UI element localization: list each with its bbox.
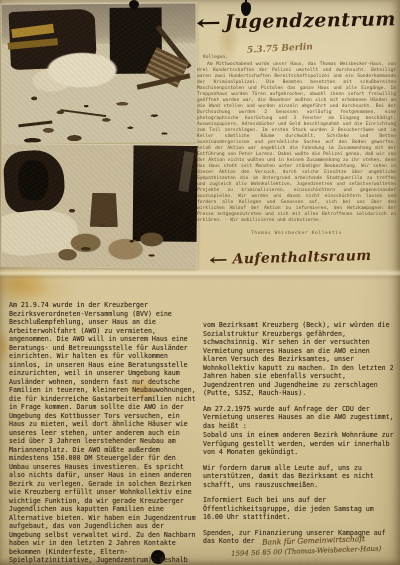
right-paragraph-kuendigung: Sobald uns in einem anderen Bezirk Wohnr… — [203, 431, 397, 457]
intro-signature: Thomas Weisbecker Kollektiv — [197, 231, 396, 237]
right-paragraph-info: Informiert Euch bei uns auf der Öffentli… — [203, 496, 397, 522]
photo-wood-slat-shape — [8, 38, 58, 50]
photo-stick-shape — [18, 121, 52, 128]
photo-overturned-chair-shape — [130, 32, 197, 109]
photo-floor-debris-shape — [1, 184, 197, 268]
heading-jugendzentrum-label: Jugendzentrum — [225, 8, 397, 33]
photo-mattress-shape — [1, 206, 80, 259]
right-paragraph-bezirksamt: vom Bezirksamt Kreuzberg (Beck), wir wür… — [203, 321, 397, 398]
hole-punch-dot-top — [129, 0, 139, 9]
heading-aufenthaltsraum-label: Aufenthaltsraum — [232, 248, 371, 268]
handwritten-account-number: 1594 56 85 00 (Thomas-Weisbecker-Haus) — [231, 544, 397, 558]
photo-debris-mound-shape — [32, 46, 132, 97]
photo-chair-seat-shape — [145, 47, 190, 88]
photo-stool-shape — [90, 193, 118, 227]
photo-stick-shape — [60, 109, 106, 117]
left-column: Am 21.9.74 wurde in der Kreuzberger Bezi… — [9, 301, 199, 565]
photo-panel-highlight-shape — [178, 151, 194, 192]
photo-wood-slat-shape — [11, 24, 54, 38]
flyer-page: ← Jugendzentrum 5.3.75 Berlin ← Aufentha… — [0, 0, 400, 565]
photo-debris-heap-shape — [55, 223, 165, 266]
donation-note: Spenden, zur Finanzierung unserer Kampag… — [203, 529, 397, 556]
ransacked-room-photo-top — [2, 3, 197, 142]
handwritten-date-note: 5.3.75 Berlin — [247, 42, 313, 55]
photo-dark-panel-shape — [133, 145, 198, 242]
photo-broken-chair-shape — [2, 149, 66, 215]
photo-chair-leg-shape — [155, 25, 191, 69]
arrow-left-icon: ← — [209, 251, 228, 269]
heading-aufenthaltsraum: ← Aufenthaltsraum — [212, 247, 372, 269]
right-paragraph-aufruf: Wir fordern darum alle Leute auf, uns zu… — [203, 464, 397, 490]
ransacked-room-photo-bottom — [1, 144, 197, 268]
intro-salutation: Kollegen, — [203, 55, 396, 61]
intro-text-block: Kollegen, Am Mittwochabend wurde unser H… — [197, 55, 396, 237]
photo-chair-leg-shape — [137, 73, 191, 89]
photo-dark-furniture-shape — [9, 9, 97, 71]
paper-fold-crease — [0, 269, 400, 280]
heading-jugendzentrum: ← Jugendzentrum — [200, 7, 396, 34]
right-paragraph-cdu: Am 27.2.1975 wurde auf Anfrage der CDU d… — [203, 405, 397, 431]
photo-wall-shape — [2, 3, 196, 44]
photo-floor-debris-shape — [2, 39, 197, 142]
photo-chair-shadow-shape — [18, 160, 48, 200]
intro-body: Am Mittwochabend wurde unser Haus, das T… — [197, 62, 396, 224]
arrow-left-icon: ← — [196, 10, 222, 34]
photo-cabinet-shape — [110, 8, 162, 74]
right-column: vom Bezirksamt Kreuzberg (Beck), wir wür… — [203, 321, 397, 555]
left-column-paragraph: Am 21.9.74 wurde in der Kreuzberger Bezi… — [9, 301, 199, 565]
